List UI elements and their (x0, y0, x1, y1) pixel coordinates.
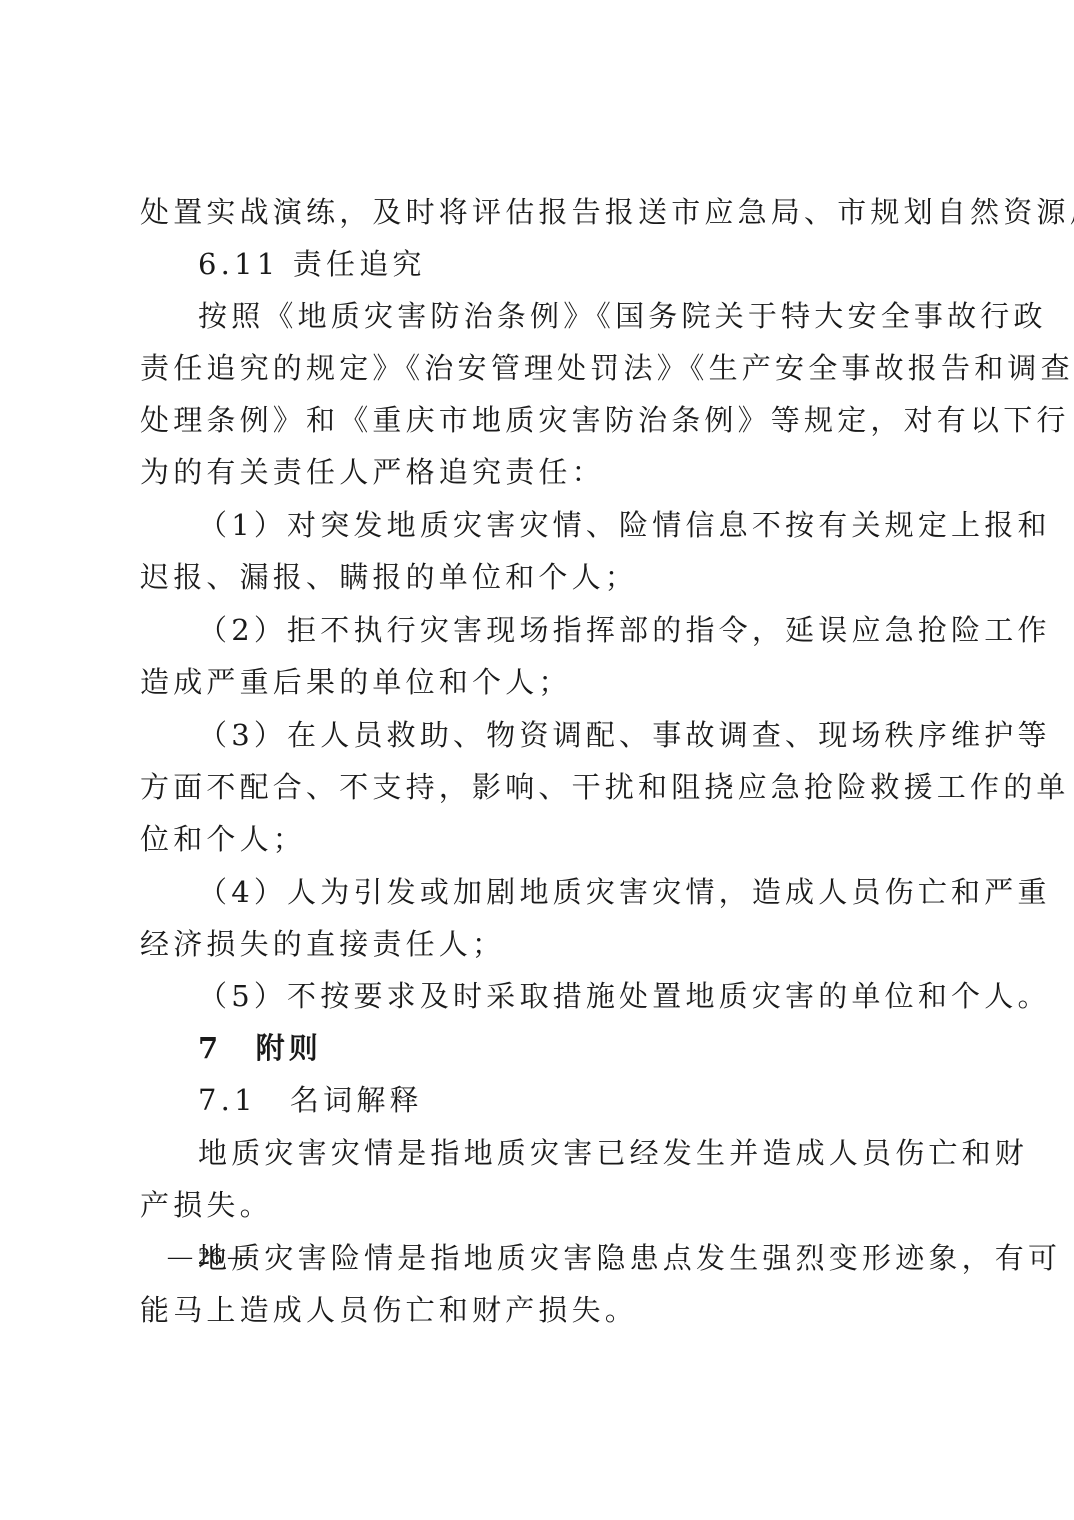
definition-paragraph: 地质灾害灾情是指地质灾害已经发生并造成人员伤亡和财 (140, 1127, 998, 1179)
list-item-4-cont: 经济损失的直接责任人； (140, 918, 940, 970)
list-item-3: （3）在人员救助、物资调配、事故调查、现场秩序维护等 (140, 709, 998, 761)
list-item-1: （1）对突发地质灾害灾情、险情信息不按有关规定上报和 (140, 499, 998, 551)
definition-paragraph-cont: 能马上造成人员伤亡和财产损失。 (140, 1284, 940, 1336)
paragraph-line: 为的有关责任人严格追究责任： (140, 446, 940, 498)
list-item-3-cont: 位和个人； (140, 813, 940, 865)
list-item-3-cont: 方面不配合、不支持，影响、干扰和阻挠应急抢险救援工作的单 (140, 761, 940, 813)
list-item-5: （5）不按要求及时采取措施处置地质灾害的单位和个人。 (140, 970, 998, 1022)
definition-paragraph-cont: 产损失。 (140, 1179, 940, 1231)
page-number: — 26 — (168, 1242, 252, 1272)
list-item-2: （2）拒不执行灾害现场指挥部的指令，延误应急抢险工作 (140, 604, 998, 656)
list-item-2-cont: 造成严重后果的单位和个人； (140, 656, 940, 708)
list-item-4: （4）人为引发或加剧地质灾害灾情，造成人员伤亡和严重 (140, 866, 998, 918)
section-heading-6-11: 6.11 责任追究 (140, 238, 998, 290)
section-heading-7: 7 附则 (140, 1022, 998, 1074)
section-heading-7-1: 7.1 名词解释 (140, 1074, 998, 1126)
definition-paragraph: 地质灾害险情是指地质灾害隐患点发生强烈变形迹象，有可 (140, 1232, 998, 1284)
paragraph-line: 按照《地质灾害防治条例》《国务院关于特大安全事故行政 (140, 290, 998, 342)
paragraph-line: 处理条例》和《重庆市地质灾害防治条例》等规定，对有以下行 (140, 394, 940, 446)
paragraph-continuation: 处置实战演练，及时将评估报告报送市应急局、市规划自然资源局。 (140, 186, 940, 238)
paragraph-line: 责任追究的规定》《治安管理处罚法》《生产安全事故报告和调查 (140, 342, 940, 394)
list-item-1-cont: 迟报、漏报、瞒报的单位和个人； (140, 551, 940, 603)
